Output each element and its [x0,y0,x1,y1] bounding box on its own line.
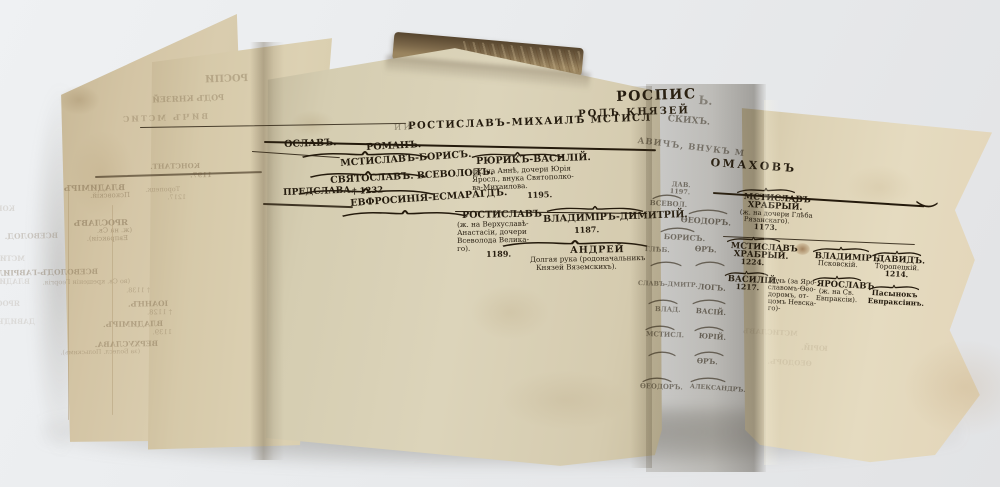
bleed-right1: МСТИСЛАВЪ [742,327,798,337]
bleed-far5: ДАВИДЪ. [0,318,35,325]
entry-mstislav2-date: 1224. [741,258,765,267]
bleed-gavriil-date: † 1138. [126,287,150,294]
brace-line [695,261,725,267]
entry-rostislav-line4: го). [457,245,470,252]
strip-fragment: ѲРЪ. [696,357,717,366]
bleed-vsevolod: ВСЕВОЛОД. [5,232,58,240]
brace-line [648,299,678,305]
bleed-far4: ЯРОСЛ. [0,300,20,307]
entry-oslav-fragment: ОСЛАВЪ. [284,138,337,149]
strip-fragment: ѲЕОДОРЪ. [640,383,683,391]
bleed-title1: РОСПИ [205,74,248,85]
bleed-far1: КОНСТ. [0,205,15,212]
strip-fragment: ВАСІЙ. [695,307,726,316]
strip-fragment: МСТИСЛ. [646,331,684,339]
strip-fragment: ЛОГЪ. [697,283,726,292]
entry-mstislav1-date: 1173. [754,223,778,232]
bleed-right2: ЮРІЙ. [801,344,828,352]
faint-column-rule [68,185,69,420]
entry-vladimir-date: 1187. [574,225,599,234]
bleed-far2: МСТИСЛ. [0,255,25,262]
brace-line [916,200,938,208]
entry-vasiliy-date: 1217. [736,283,760,292]
brace-line [648,351,676,357]
brace-line [690,377,726,383]
strip-fragment: ВЛАД. [655,306,681,314]
strip-fragment: ЮРІЙ. [698,332,726,341]
bleed-konstant-date: 1197. [190,171,212,178]
strip-fragment: ГЛѢБ. [645,246,670,254]
bleed-torop-date: 1217. [167,194,186,201]
entry-david-date: 1214. [885,270,909,279]
bleed-konstant: КОНСТАНТ. [150,162,200,170]
title-rospis-tail: Ь. [698,94,713,107]
title-rospis: РОСПИС [616,87,697,104]
entry-rostislav-date: 1189. [486,250,511,258]
strip-fragment: БОРИСЪ. [664,233,706,243]
bleed-yaroslav-line2: Евпраксіи). [87,235,128,243]
bleed-far3: ВЛАДИМ. [0,278,30,285]
entry-ryurik-line3: ва-Михаилова. [472,182,528,191]
bleed-vladimir2-date: 1139. [153,329,173,336]
entry-ryurik-date: 1195. [527,190,552,199]
brace-line [692,299,726,305]
strip-fragment: 1197. [670,188,691,196]
bleed-title3: ВИЧЪ МСТИС [121,112,208,123]
bleed-right3: ѲЕОДОРЪ. [767,358,812,367]
entry-andrey-line2: Князей Вяземскихъ). [536,263,617,272]
bleed-gavriil-line1: (во Св. крещеніи Георгія. [42,278,130,286]
entry-doch-line5: го)- [768,305,781,312]
bleed-ioann-date: † 1128. [147,309,172,316]
strip-fragment: ВСЕВОЛ. [650,199,688,208]
brace-line [340,209,470,218]
bleed-ioann: ІОАННЪ. [128,300,168,308]
bleed-pskov: Псковскій. [90,192,130,200]
faint-column-rule [112,205,113,415]
bleed-torop: Торопецк. [145,186,180,193]
bleed-title2: РОДЪ КНЯЗЕЙ [152,93,224,104]
photo-of-open-book: И И - РОСПИС Ь. РОДЪ КНЯЗЕЙ СКИХЪ. РОСТИ… [0,0,1000,487]
brace-line [650,261,682,267]
strip-fragment: ѲРЪ. [694,245,716,254]
